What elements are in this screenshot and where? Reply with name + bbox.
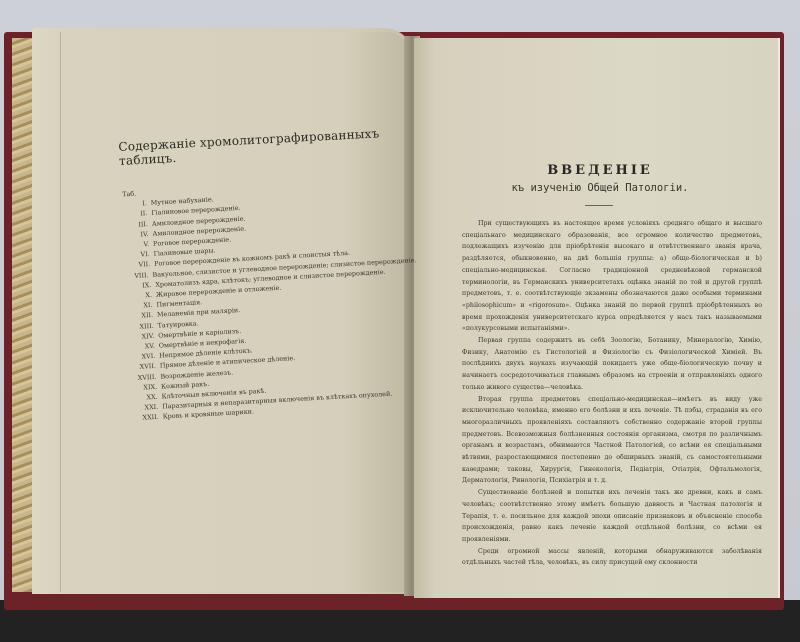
toc-list: Таб. I.Мутное набуханie. II.Гіалиновое п… [112, 173, 425, 424]
paragraph: Существованiе болѣзней и попытки ихъ леч… [462, 487, 762, 546]
chapter-body: При существующихъ въ настоящее время усл… [462, 218, 762, 569]
title-rule [585, 205, 613, 206]
decorative-endpaper [12, 38, 34, 592]
paragraph: Первая группа содержитъ въ себѣ Зоологiю… [462, 335, 762, 394]
paragraph: Среди огромной массы явленiй, которыми о… [462, 546, 762, 569]
chapter-title: ВВЕДЕНIЕ [430, 163, 770, 178]
paragraph: Вторая группа предметовъ спецiально-меди… [462, 394, 762, 488]
paragraph: При существующихъ въ настоящее время усл… [462, 218, 762, 335]
chapter-subtitle: къ изученiю Общей Патологiи. [430, 182, 770, 194]
